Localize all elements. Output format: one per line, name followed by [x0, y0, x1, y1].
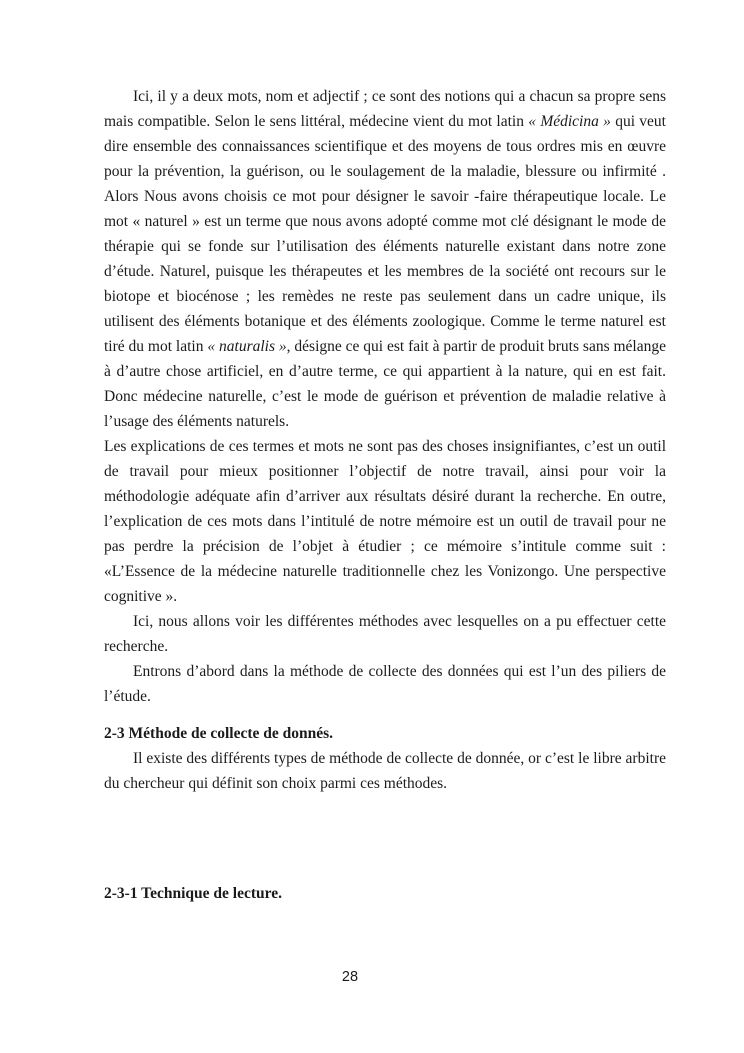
section-heading-collecte: 2-3 Méthode de collecte de donnés. — [104, 721, 666, 746]
paragraph-methodes-intro: Ici, nous allons voir les différentes mé… — [104, 609, 666, 659]
page-content: Ici, il y a deux mots, nom et adjectif ;… — [104, 84, 666, 906]
paragraph-explications: Les explications de ces termes et mots n… — [104, 434, 666, 609]
page-number: 28 — [0, 969, 722, 985]
paragraph-text: qui veut dire ensemble des connaissances… — [104, 113, 666, 355]
latin-term-naturalis: « naturalis » — [207, 338, 286, 355]
latin-term-medicina: « Médicina » — [528, 113, 611, 130]
paragraph-collecte-intro: Entrons d’abord dans la méthode de colle… — [104, 659, 666, 709]
document-page: Ici, il y a deux mots, nom et adjectif ;… — [0, 0, 744, 1053]
paragraph-types-collecte: Il existe des différents types de méthod… — [104, 746, 666, 796]
section-heading-lecture: 2-3-1 Technique de lecture. — [104, 881, 666, 906]
paragraph-definitions: Ici, il y a deux mots, nom et adjectif ;… — [104, 84, 666, 434]
